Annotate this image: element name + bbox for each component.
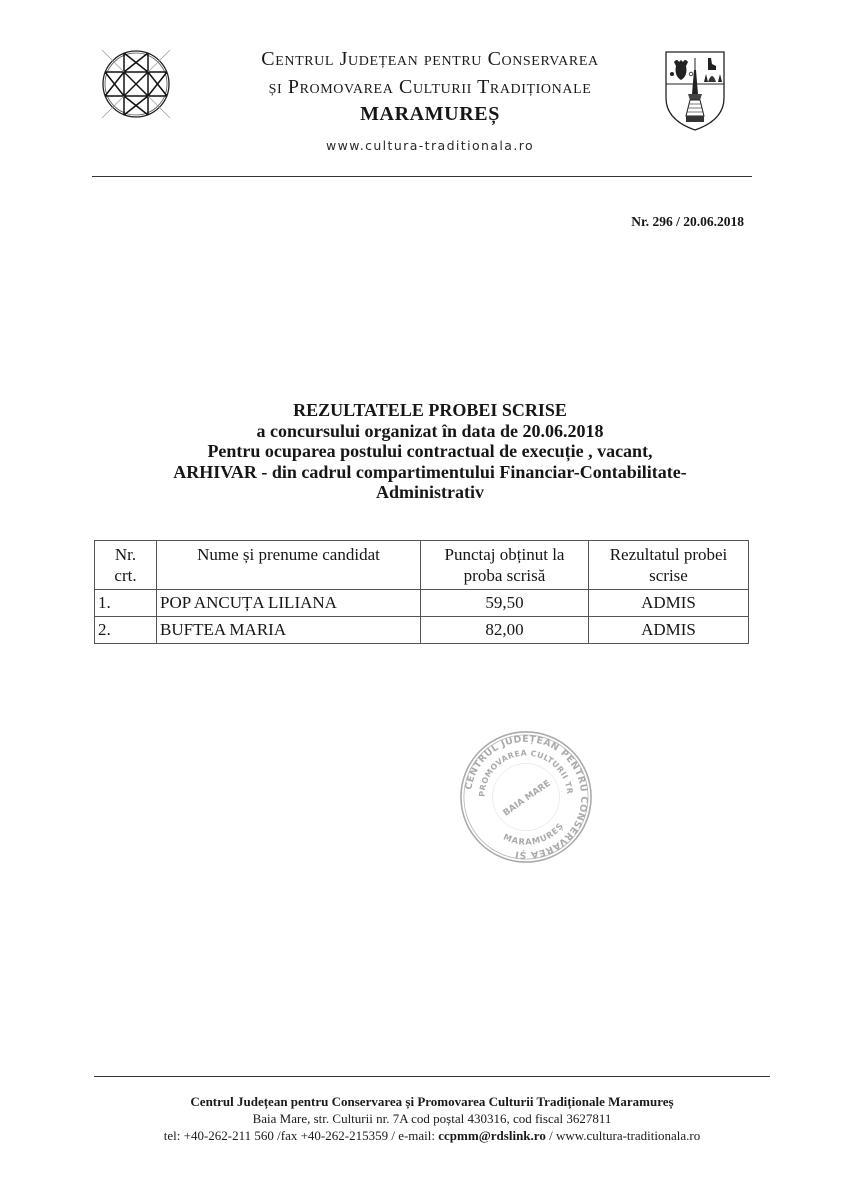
title-line-3: Pentru ocuparea postului contractual de … (120, 441, 740, 462)
title-line-4: ARHIVAR - din cadrul compartimentului Fi… (120, 462, 740, 483)
header-score-line2: proba scrisă (424, 565, 585, 586)
header-nr-line1: Nr. (98, 544, 153, 565)
header-score: Punctaj obținut la proba scrisă (421, 541, 589, 590)
row-score: 82,00 (421, 617, 589, 644)
header-website-link[interactable]: www.cultura-traditionala.ro (200, 138, 660, 153)
organization-name-line2: și Promovarea Culturii Tradiționale (200, 76, 660, 99)
title-line-5: Administrativ (120, 482, 740, 503)
footer-website-link[interactable]: / www.cultura-traditionala.ro (546, 1128, 700, 1143)
row-candidate-name: BUFTEA MARIA (157, 617, 421, 644)
document-title: REZULTATELE PROBEI SCRISE a concursului … (120, 400, 740, 503)
table-row: 2. BUFTEA MARIA 82,00 ADMIS (95, 617, 749, 644)
table-header-row: Nr. crt. Nume și prenume candidat Puncta… (95, 541, 749, 590)
star-grid-emblem-icon (100, 48, 172, 120)
header-name-text: Nume și prenume candidat (160, 544, 417, 565)
header-name: Nume și prenume candidat (157, 541, 421, 590)
footer-phone-fax: tel: +40-262-211 560 /fax +40-262-215359… (164, 1128, 439, 1143)
header-nr: Nr. crt. (95, 541, 157, 590)
footer-contact: tel: +40-262-211 560 /fax +40-262-215359… (94, 1128, 770, 1144)
maramures-coat-of-arms-icon (664, 50, 726, 132)
row-score: 59,50 (421, 590, 589, 617)
row-nr: 2. (95, 617, 157, 644)
header-result: Rezultatul probei scrise (589, 541, 749, 590)
header-result-line1: Rezultatul probei (592, 544, 745, 565)
official-stamp-icon: CENTRUL JUDEȚEAN PENTRU CONSERVAREA ȘI P… (457, 728, 595, 866)
header-result-line2: scrise (592, 565, 745, 586)
header-divider (92, 176, 752, 177)
table-row: 1. POP ANCUȚA LILIANA 59,50 ADMIS (95, 590, 749, 617)
header-nr-line2: crt. (98, 565, 153, 586)
organization-region: MARAMUREȘ (200, 103, 660, 126)
document-number: Nr. 296 / 20.06.2018 (631, 214, 744, 230)
results-table: Nr. crt. Nume și prenume candidat Puncta… (94, 540, 749, 644)
footer-email-link[interactable]: ccpmm@rdslink.ro (438, 1128, 546, 1143)
footer-address: Baia Mare, str. Culturii nr. 7A cod poșt… (94, 1111, 770, 1127)
row-result: ADMIS (589, 590, 749, 617)
footer-organization: Centrul Județean pentru Conservarea și P… (94, 1094, 770, 1110)
row-result: ADMIS (589, 617, 749, 644)
footer-divider (94, 1076, 770, 1077)
header-score-line1: Punctaj obținut la (424, 544, 585, 565)
title-line-1: REZULTATELE PROBEI SCRISE (120, 400, 740, 421)
title-line-2: a concursului organizat în data de 20.06… (120, 421, 740, 442)
row-candidate-name: POP ANCUȚA LILIANA (157, 590, 421, 617)
organization-name-line1: Centrul Județean pentru Conservarea (200, 48, 660, 71)
row-nr: 1. (95, 590, 157, 617)
svg-text:BAIA MARE: BAIA MARE (502, 779, 553, 819)
